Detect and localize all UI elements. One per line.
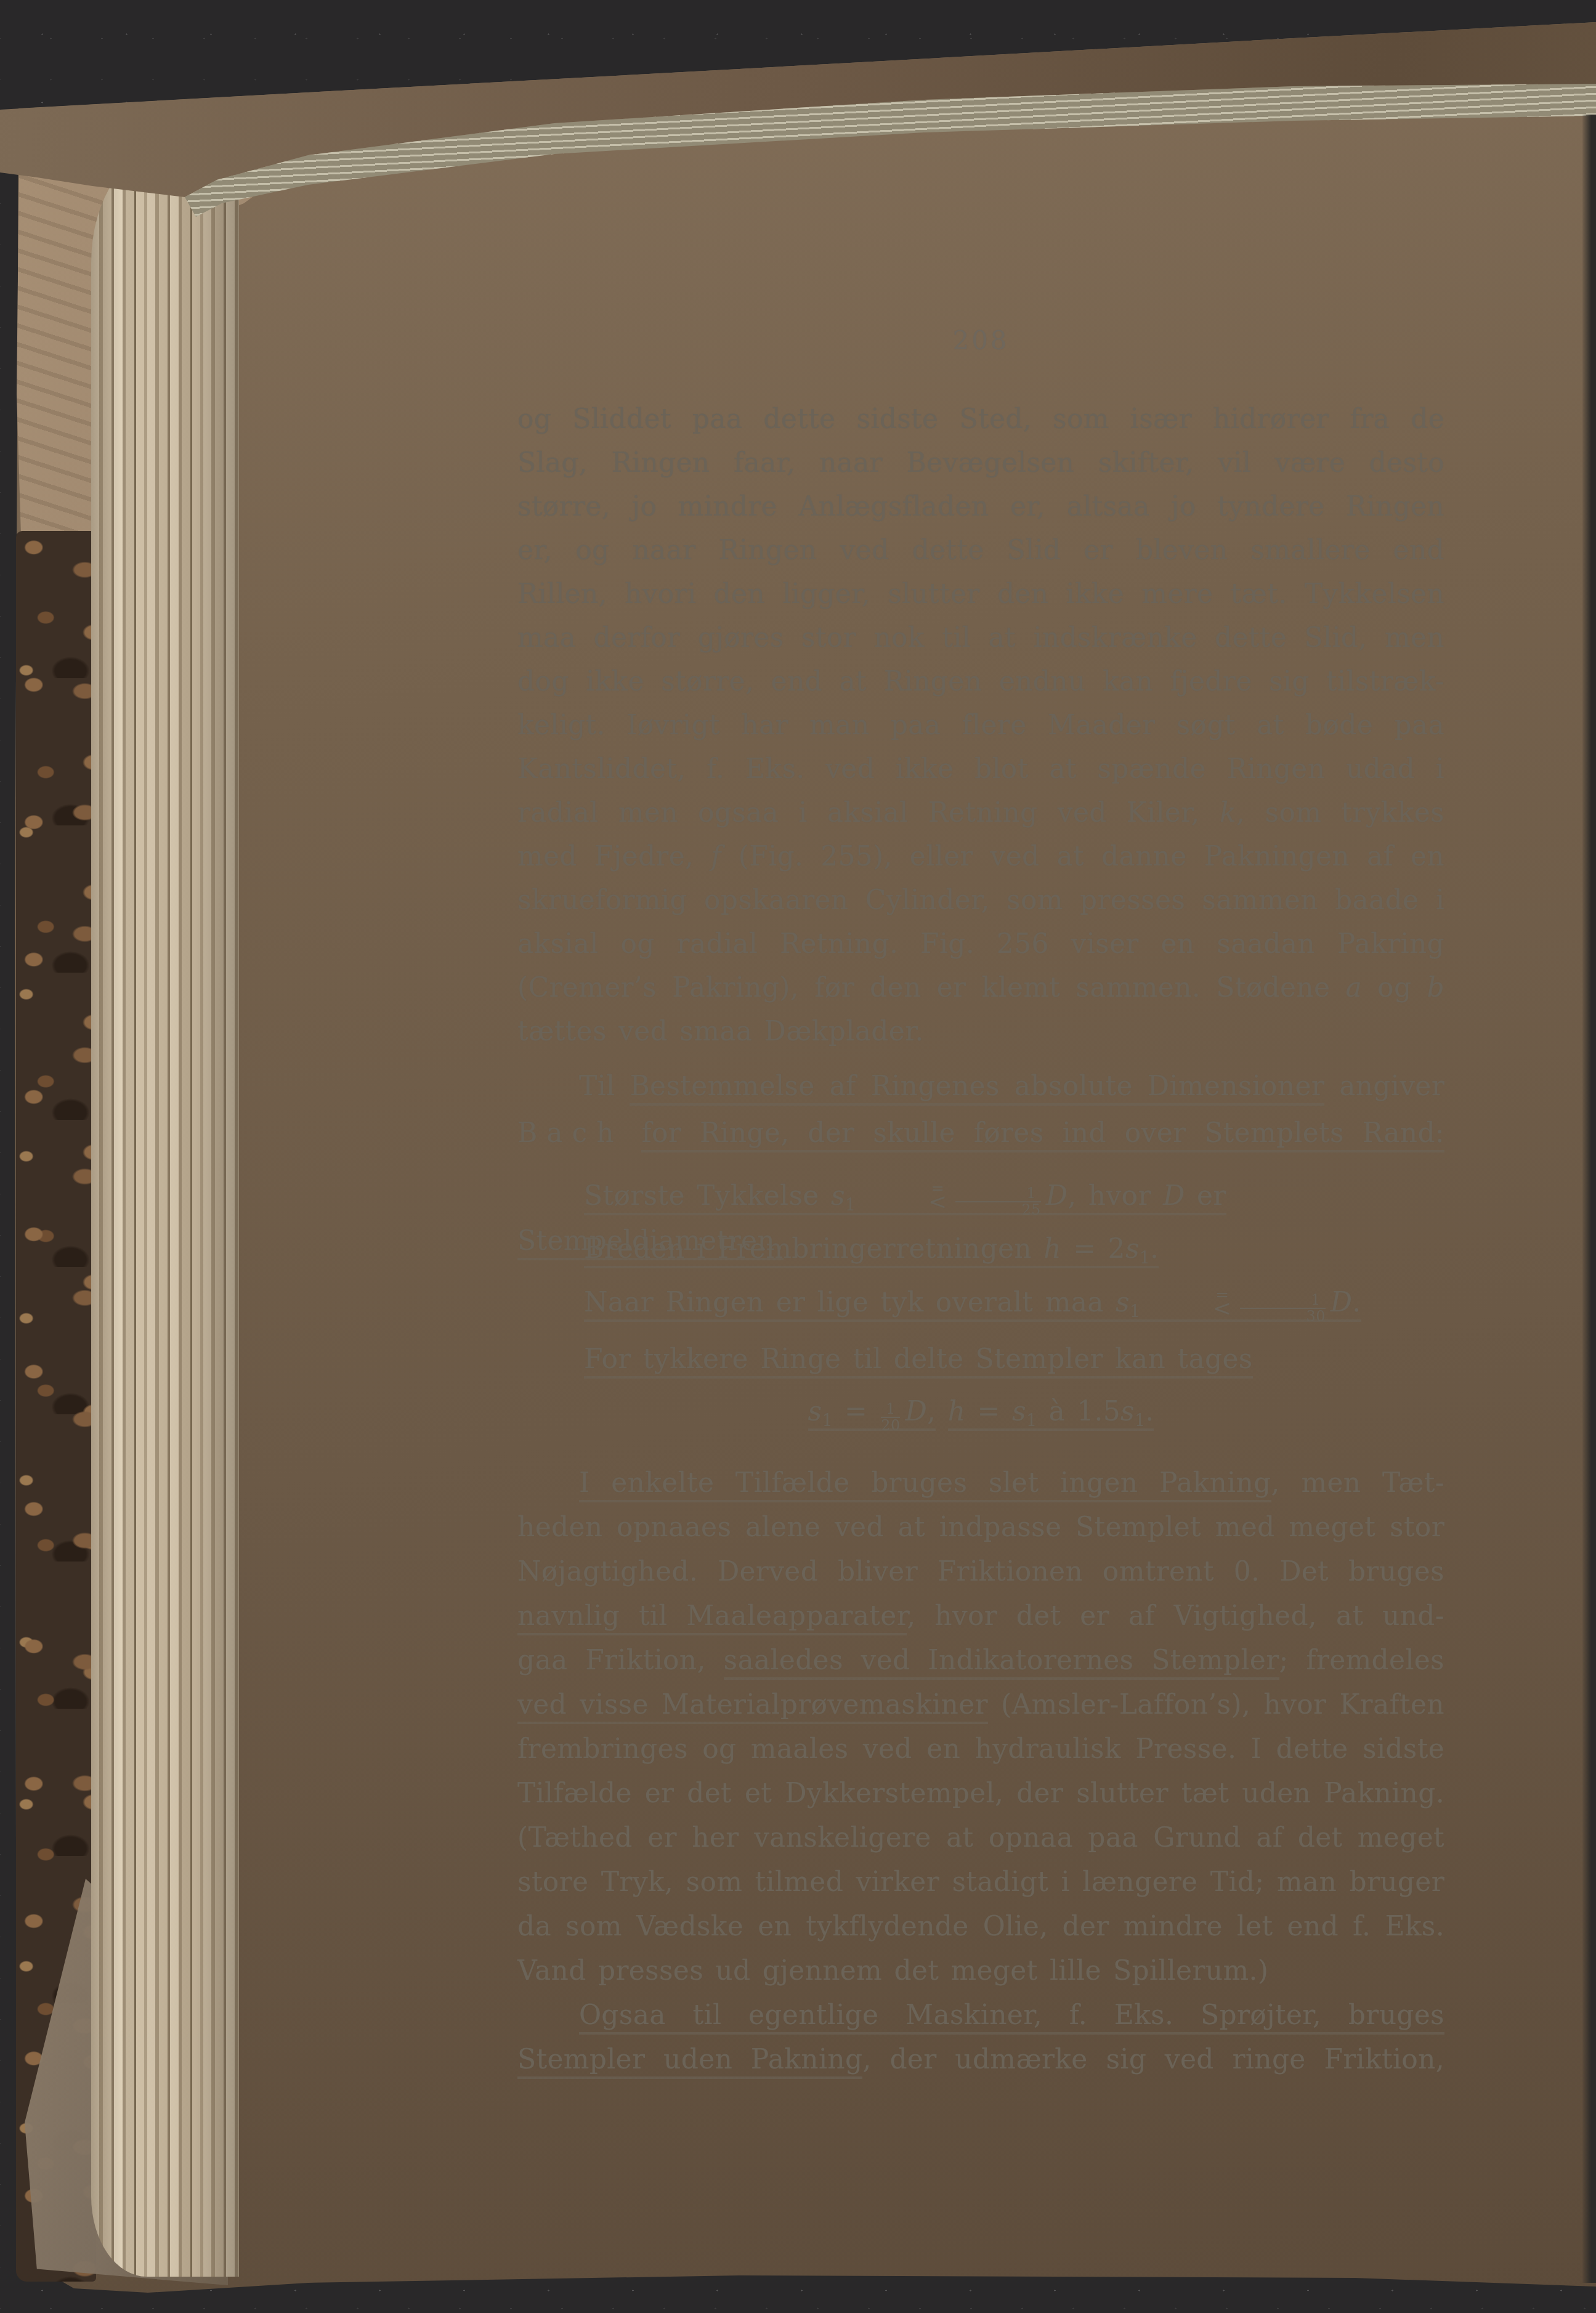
text-run: 1 [1026, 1411, 1037, 1430]
pencil-underlined-run: Bestemmelse af Ringenes absolute Dimensi… [630, 1071, 1324, 1106]
text-line: keligt. Iøvrigt har man paa flere Maader… [517, 708, 1444, 751]
text-line: Til Bestemmelse af Ringenes absolute Dim… [517, 1069, 1444, 1116]
text-run: og [1362, 972, 1427, 1003]
text-run: , [927, 1396, 936, 1427]
text-run: heden opnaaes alene ved at indpasse Stem… [517, 1512, 1444, 1543]
text-line: Stempler uden Pakning, der udmærke sig v… [517, 2042, 1444, 2086]
text-run: s [1012, 1396, 1026, 1427]
text-run: 1 [1140, 1249, 1150, 1268]
pencil-underlined-run: I enkelte Tilfælde bruges slet ingen Pak… [579, 1467, 1271, 1502]
text-line: (Tæthed er her vanskeligere at opnaa paa… [517, 1820, 1444, 1865]
text-line: da som Vædske en tykflydende Olie, der m… [517, 1909, 1444, 1953]
text-run: = [833, 1396, 880, 1427]
text-run: gaa Friktion, [517, 1645, 724, 1676]
text-run: . [1145, 1396, 1154, 1427]
text-line: Nøjagtighed. Derved bliver Friktionen om… [517, 1554, 1444, 1598]
text-run: da som Vædske en tykflydende Olie, der m… [517, 1911, 1444, 1942]
text-line: Slag, Ringen faar, naar Bevægelsen skift… [517, 445, 1444, 489]
text-line: For tykkere Ringe til delte Stempler kan… [517, 1342, 1444, 1394]
text-run: , som trykkes [1236, 797, 1444, 828]
pencil-underlined-run: Breden i Frembringerretningen h = 2s1. [584, 1233, 1159, 1268]
text-run: radial men ogsaa i aksial Retning ved Ki… [517, 797, 1220, 828]
text-run: med Fjedre, [517, 841, 711, 872]
text-line: Naar Ringen er lige tyk overalt maa s1=<… [517, 1285, 1444, 1342]
text-run: angiver [1324, 1071, 1444, 1102]
pencil-underlined-run: Naar Ringen er lige tyk overalt maa s1=<… [584, 1287, 1361, 1322]
text-run: 1 [1130, 1302, 1140, 1321]
text-line: tættes ved smaa Dækplader. [517, 1014, 1444, 1069]
text-line: Bach for Ringe, der skulle føres ind ove… [517, 1116, 1444, 1178]
pencil-underlined-run: Ogsaa til egentlige Maskiner, f. Eks. Sp… [579, 1999, 1444, 2035]
text-run: aksial og radial Retning. Fig. 256 viser… [517, 928, 1444, 960]
text-run: og Sliddet paa dette sidste Sted, som is… [517, 403, 1444, 435]
text-run: Kantsliddet, f. Eks. ved ikke blot at sp… [517, 753, 1444, 785]
text-line: s1 = 120D, h = s1 à 1.5s1. [517, 1394, 1444, 1465]
text-run: frembringes og maales ved en hydraulisk … [517, 1733, 1444, 1765]
text-run: skrueformig opskaaren Cylinder, som pres… [517, 885, 1444, 916]
text-run: ved visse Materialprøvemaskiner [517, 1689, 988, 1720]
text-run: Vand presses ud gjennem det meget lille … [517, 1955, 1268, 1987]
text-run: (Fig. 255), eller ved at danne Pakningen… [721, 841, 1444, 872]
text-line: Største Tykkelse s1=<125D, hvor D er Ste… [517, 1178, 1444, 1231]
text-run: tættes ved smaa Dækplader. [517, 1016, 924, 1047]
right-edge-shadow [1582, 115, 1596, 2283]
text-line: (Cremer’s Pakring), før den er klemt sam… [517, 970, 1444, 1014]
text-run: for Ringe, der skulle føres ind over Ste… [641, 1117, 1444, 1149]
text-run: h [948, 1396, 966, 1427]
text-run: f [711, 841, 721, 872]
text-run: (Cremer’s Pakring), før den er klemt sam… [517, 972, 1345, 1003]
text-line: navnlig til Maaleapparater, hvor det er … [517, 1598, 1444, 1643]
text-run: Ogsaa til egentlige Maskiner, f. Eks. Sp… [579, 1999, 1444, 2031]
text-run: saaledes ved Indikatorernes Stempler [724, 1645, 1279, 1676]
text-run: s [1120, 1396, 1135, 1427]
text-run [623, 1117, 642, 1149]
pencil-underlined-run: Stempler uden Pakning [517, 2044, 862, 2079]
less-than-or-equal-symbol: =< [1146, 1292, 1231, 1318]
text-run: s [831, 1180, 845, 1212]
text-run: a [1345, 972, 1362, 1003]
text-line: skrueformig opskaaren Cylinder, som pres… [517, 883, 1444, 926]
text-run: store Tryk, som tilmed virker stadigt i … [517, 1866, 1444, 1898]
text-run: (Amsler-Laffon’s), hvor Kraften [988, 1689, 1444, 1720]
text-run: (Tæthed er her vanskeligere at opnaa paa… [517, 1822, 1444, 1853]
text-run: D [1046, 1180, 1068, 1212]
text-run: h [1043, 1233, 1061, 1265]
text-line: radial men ogsaa i aksial Retning ved Ki… [517, 795, 1444, 839]
text-run: Tilfælde er det et Dykkerstempel, der sl… [517, 1778, 1444, 1809]
text-run [936, 1396, 947, 1427]
text-run: s [808, 1396, 822, 1427]
text-line: Kantsliddet, f. Eks. ved ikke blot at sp… [517, 751, 1444, 795]
text-line: dog ikke større, end at Ringen endnu kan… [517, 664, 1444, 708]
text-run: 120 [881, 1402, 900, 1433]
pencil-underlined-run: ved visse Materialprøvemaskiner [517, 1689, 988, 1724]
text-run: Bach [517, 1117, 623, 1149]
pencil-underlined-run: For tykkere Ringe til delte Stempler kan… [584, 1343, 1253, 1379]
page-text: og Sliddet paa dette sidste Sted, som is… [517, 402, 1444, 2086]
text-run: er, og naar Ringen ved dette Slid er ble… [517, 535, 1444, 566]
text-run: Nøjagtighed. Derved bliver Friktionen om… [517, 1556, 1444, 1587]
text-run: k [1220, 797, 1236, 828]
text-run: dog ikke større, end at Ringen endnu kan… [517, 666, 1444, 697]
text-line: Vand presses ud gjennem det meget lille … [517, 1953, 1444, 1998]
text-run: keligt. Iøvrigt har man paa flere Maader… [517, 710, 1444, 741]
text-line: ved visse Materialprøvemaskiner (Amsler-… [517, 1687, 1444, 1732]
text-run: 125 [955, 1186, 1041, 1218]
text-line: gaa Friktion, saaledes ved Indikatorerne… [517, 1643, 1444, 1687]
text-run: = [965, 1396, 1012, 1427]
text-run: I enkelte Tilfælde bruges slet ingen Pak… [579, 1467, 1271, 1499]
text-run: D [1163, 1180, 1185, 1212]
text-run: , men Tæt- [1271, 1467, 1444, 1499]
text-line: Ogsaa til egentlige Maskiner, f. Eks. Sp… [517, 1998, 1444, 2042]
pencil-underlined-run: saaledes ved Indikatorernes Stempler [724, 1645, 1279, 1680]
text-run: navnlig til Maaleapparater [517, 1600, 907, 1632]
text-run: s [1125, 1233, 1140, 1265]
pencil-underlined-run: s1 = 120D, [808, 1396, 936, 1431]
text-run: Breden i Frembringerretningen [584, 1233, 1043, 1265]
text-run: à 1.5 [1037, 1396, 1120, 1427]
text-run: 130 [1240, 1293, 1326, 1324]
text-run: , der udmærke sig ved ringe Friktion, [862, 2044, 1444, 2075]
text-run: . [1150, 1233, 1159, 1265]
text-run: Rillen, hvori den ligger, slutter den ik… [517, 578, 1444, 610]
pencil-underlined-run: h = s1 à 1.5s1. [948, 1396, 1154, 1431]
text-run: . [1352, 1287, 1361, 1318]
pencil-underlined-run: for Ringe, der skulle føres ind over Ste… [641, 1117, 1444, 1152]
text-line: Rillen, hvori den ligger, slutter den ik… [517, 577, 1444, 620]
text-run: , hvor det er af Vigtighed, at und- [907, 1600, 1444, 1632]
text-run: = 2 [1061, 1233, 1125, 1265]
text-line: frembringes og maales ved en hydraulisk … [517, 1732, 1444, 1776]
pencil-underlined-run: navnlig til Maaleapparater [517, 1600, 907, 1635]
text-run: Bestemmelse af Ringenes absolute Dimensi… [630, 1071, 1324, 1102]
scanned-book-page: 208 og Sliddet paa dette sidste Sted, so… [0, 0, 1596, 2313]
text-run: Største Tykkelse [584, 1180, 831, 1212]
text-run: 1 [1135, 1411, 1145, 1430]
text-run: D [905, 1396, 927, 1427]
text-line: maa derfor gjøres stor nok til at indskr… [517, 620, 1444, 664]
text-run: , hvor [1067, 1180, 1163, 1212]
text-line: med Fjedre, f (Fig. 255), eller ved at d… [517, 839, 1444, 883]
text-line: og Sliddet paa dette sidste Sted, som is… [517, 402, 1444, 445]
text-line: aksial og radial Retning. Fig. 256 viser… [517, 926, 1444, 970]
text-line: store Tryk, som tilmed virker stadigt i … [517, 1865, 1444, 1909]
text-line: større, jo mindre Anlægsfladen er, altsa… [517, 489, 1444, 533]
text-run: s [1116, 1287, 1130, 1318]
page-number: 208 [517, 325, 1444, 355]
text-line: heden opnaaes alene ved at indpasse Stem… [517, 1510, 1444, 1554]
text-run: maa derfor gjøres stor nok til at indskr… [517, 622, 1444, 654]
page-edge-stack-left [91, 145, 239, 2277]
text-run: For tykkere Ringe til delte Stempler kan… [584, 1343, 1253, 1375]
text-run: 1 [845, 1196, 856, 1215]
text-run: Stempler uden Pakning [517, 2044, 862, 2075]
text-run: D [1331, 1287, 1353, 1318]
text-line: Tilfælde er det et Dykkerstempel, der sl… [517, 1776, 1444, 1820]
text-line: Breden i Frembringerretningen h = 2s1. [517, 1231, 1444, 1285]
text-run: Slag, Ringen faar, naar Bevægelsen skift… [517, 447, 1444, 479]
text-run: 1 [822, 1411, 832, 1430]
text-run: Til [579, 1071, 630, 1102]
text-run: ; fremdeles [1279, 1645, 1445, 1676]
text-run: Naar Ringen er lige tyk overalt maa [584, 1287, 1116, 1318]
text-run: større, jo mindre Anlægsfladen er, altsa… [517, 491, 1444, 522]
less-than-or-equal-symbol: =< [862, 1185, 947, 1212]
text-line: I enkelte Tilfælde bruges slet ingen Pak… [517, 1465, 1444, 1510]
text-line: er, og naar Ringen ved dette Slid er ble… [517, 533, 1444, 577]
text-run: b [1427, 972, 1444, 1003]
